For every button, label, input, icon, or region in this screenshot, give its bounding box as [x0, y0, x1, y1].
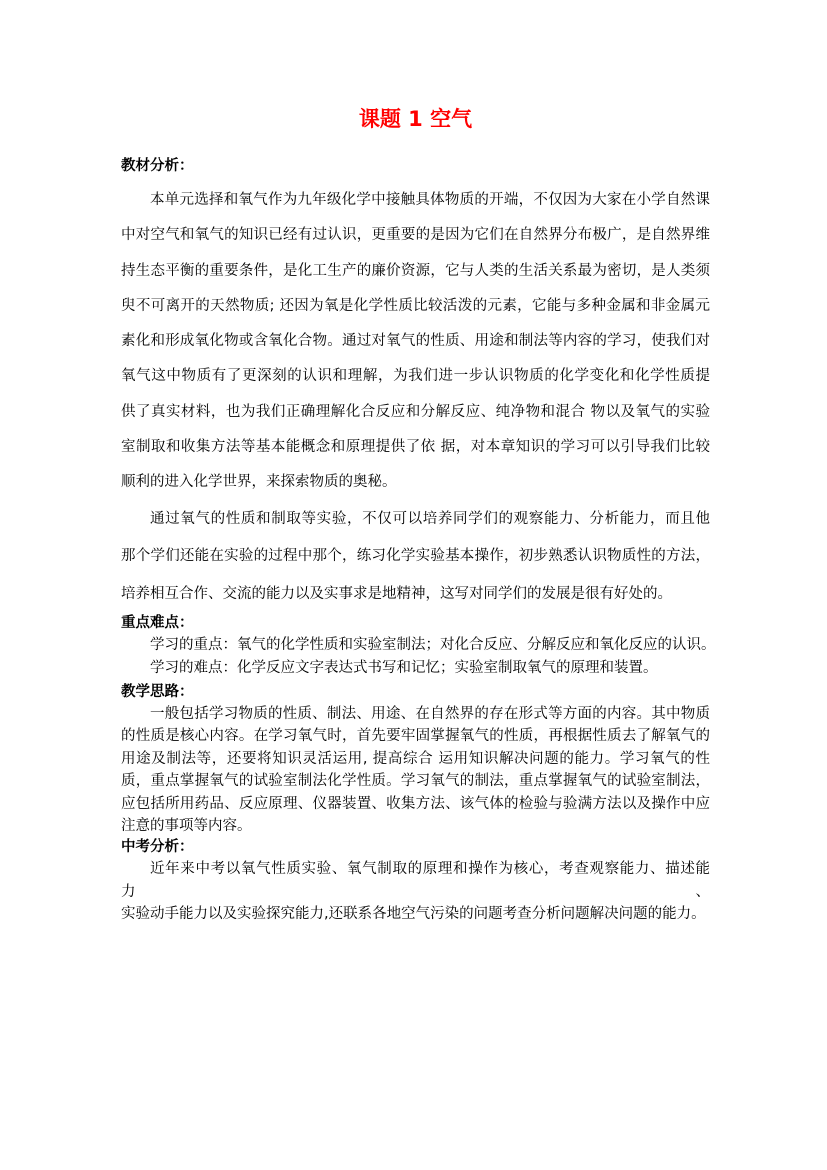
paragraph-line: 素化和形成氧化物或含氧化合物。通过对氧气的性质、用途和制法等内容的学习，使我们对 — [121, 324, 710, 359]
key-point-line: 学习的重点：氧气的化学性质和实验室制法；对化合反应、分解反应和氧化反应的认识。 — [121, 634, 710, 656]
document-page: 课题 1 空气 教材分析： 本单元选择和氧气作为九年级化学中接触具体物质的开端，… — [0, 0, 827, 1170]
paragraph-line: 顺利的进入化学世界，来探索物质的奥秘。 — [121, 465, 710, 500]
paragraph-line: 的性质是核心内容。在学习氧气时，首先要牢固掌握氧气的性质，再根据性质去了解氧气的 — [121, 725, 710, 747]
paragraph-line: 注意的事项等内容。 — [121, 815, 710, 837]
paragraph-line: 应包括所用药品、反应原理、仪器装置、收集方法、该气体的检验与验满方法以及操作中应 — [121, 793, 710, 815]
difficult-point-line: 学习的难点：化学反应文字表达式书写和记忆；实验室制取氧气的原理和装置。 — [121, 657, 710, 679]
paragraph-textbook-analysis-2: 通过氧气的性质和制取等实验，不仅可以培养同学们的观察能力、分析能力，而且他 那个… — [121, 501, 710, 614]
section-heading-key-difficulties: 重点难点： — [121, 613, 710, 634]
paragraph-textbook-analysis-1: 本单元选择和氧气作为九年级化学中接触具体物质的开端，不仅因为大家在小学自然课 中… — [121, 183, 710, 501]
paragraph-line: 通过氧气的性质和制取等实验，不仅可以培养同学们的观察能力、分析能力，而且他 — [121, 501, 710, 539]
document-content: 课题 1 空气 教材分析： 本单元选择和氧气作为九年级化学中接触具体物质的开端，… — [121, 104, 710, 926]
paragraph-line: 用途及制法等，还要将知识灵活运用, 提高综合 运用知识解决问题的能力。学习氧气的… — [121, 748, 710, 770]
paragraph-line: 氧气这中物质有了更深刻的认识和理解，为我们进一步认识物质的化学变化和化学性质提 — [121, 359, 710, 394]
paragraph-line: 臾不可离开的天然物质; 还因为氧是化学性质比较活泼的元素，它能与多种金属和非金属… — [121, 289, 710, 324]
paragraph-exam-analysis: 近年来中考以氧气性质实验、氧气制取的原理和操作为核心，考查观察能力、描述能力、 … — [121, 858, 710, 925]
paragraph-line: 供了真实材料，也为我们正确理解化合反应和分解反应、纯净物和混合 物以及氧气的实验 — [121, 395, 710, 430]
paragraph-teaching-approach: 一般包括学习物质的性质、制法、用途、在自然界的存在形式等方面的内容。其中物质 的… — [121, 703, 710, 837]
paragraph-line: 本单元选择和氧气作为九年级化学中接触具体物质的开端，不仅因为大家在小学自然课 — [121, 183, 710, 218]
paragraph-line: 持生态平衡的重要条件，是化工生产的廉价资源，它与人类的生活关系最为密切，是人类须 — [121, 254, 710, 289]
document-title: 课题 1 空气 — [121, 104, 710, 134]
paragraph-line: 室制取和收集方法等基本能概念和原理提供了依 据，对本章知识的学习可以引导我们比较 — [121, 430, 710, 465]
section-heading-textbook-analysis: 教材分析： — [121, 156, 710, 177]
paragraph-line: 中对空气和氧气的知识已经有过认识，更重要的是因为它们在自然界分布极广，是自然界维 — [121, 218, 710, 253]
paragraph-line: 一般包括学习物质的性质、制法、用途、在自然界的存在形式等方面的内容。其中物质 — [121, 703, 710, 725]
section-heading-exam-analysis: 中考分析： — [121, 837, 710, 858]
paragraph-line: 培养相互合作、交流的能力以及实事求是地精神，这写对同学们的发展是很有好处的。 — [121, 576, 710, 614]
paragraph-line: 实验动手能力以及实验探究能力,还联系各地空气污染的问题考查分析问题解决问题的能力… — [121, 903, 710, 925]
paragraph-line: 近年来中考以氧气性质实验、氧气制取的原理和操作为核心，考查观察能力、描述能力、 — [121, 858, 710, 903]
paragraph-line: 那个学们还能在实验的过程中那个，练习化学实验基本操作，初步熟悉认识物质性的方法， — [121, 538, 710, 576]
paragraph-line: 质，重点掌握氧气的试验室制法化学性质。学习氧气的制法，重点掌握氧气的试验室制法， — [121, 770, 710, 792]
key-difficulties-list: 学习的重点：氧气的化学性质和实验室制法；对化合反应、分解反应和氧化反应的认识。 … — [121, 634, 710, 679]
section-heading-teaching-approach: 教学思路： — [121, 682, 710, 703]
